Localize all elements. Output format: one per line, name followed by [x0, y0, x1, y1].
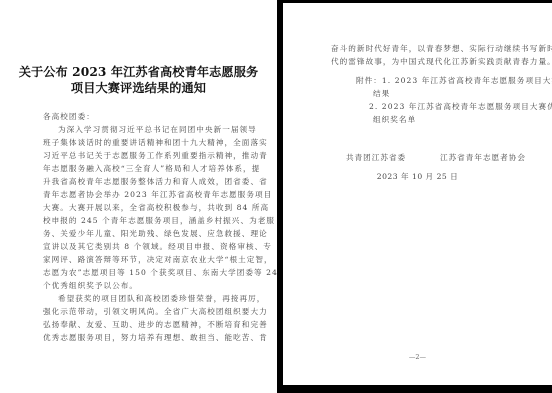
document-page-1: 关于公布 2023 年江苏省高校青年志愿服务 项目大赛评选结果的通知 各高校团委…	[0, 0, 277, 393]
body-line: 年志愿服务融入高校“三全育人”格局和人才培养体系，提	[43, 163, 260, 174]
body-line: 优秀志愿服务项目，努力培养有理想、敢担当、能吃苦、肯	[43, 332, 268, 343]
document-page-2-frame: 奋斗的新时代好青年，以青春梦想、实际行动继续书写新时 代的雷锋故事，为中国式现代…	[277, 0, 552, 393]
attachment-1-cont: 结果	[373, 88, 390, 99]
body-line: 代的雷锋故事，为中国式现代化江苏新实践贡献青春力量。	[331, 56, 552, 67]
body-line: 家网评、路演答辩等环节，决定对南京农业大学“根土定智，	[43, 254, 273, 265]
attachment-2-cont: 组织奖名单	[373, 114, 416, 125]
issue-date: 2023 年 10 月 25 日	[283, 171, 552, 182]
notice-title-line-2: 项目大赛评选结果的通知	[0, 79, 277, 96]
body-line: 宣讲以及其它类别共 8 个领域。经项目申报、资格审核、专	[43, 241, 272, 252]
body-line: 大赛。大赛开展以来，全省高校积极参与，共收到 84 所高	[43, 202, 269, 213]
body-line: 为深入学习贯彻习近平总书记在同团中央新一届领导	[58, 124, 257, 135]
salutation: 各高校团委：	[43, 111, 95, 122]
body-line: 升我省高校青年志愿服务整体活力和育人成效，团省委、省	[43, 176, 268, 187]
body-line: 青年志愿者协会举办 2023 年江苏省高校青年志愿服务项目	[43, 189, 272, 200]
body-line: 班子集体谈话时的重要讲话精神和团十九大精神，全面落实	[43, 137, 268, 148]
signer-volunteer-association: 江苏省青年志愿者协会	[440, 152, 526, 163]
body-line: 志愿为农”志愿项目等 150 个获奖项目、东南大学团委等 24	[43, 267, 278, 278]
notice-title-line-1: 关于公布 2023 年江苏省高校青年志愿服务	[0, 63, 277, 80]
signer-youth-league: 共青团江苏省委	[346, 152, 406, 163]
body-line: 务、关爱少年儿童、阳光助残、绿色发展、应急救援、理论	[43, 228, 268, 239]
attachment-2: 2. 2023 年江苏省高校青年志愿服务项目大赛优秀	[369, 101, 552, 112]
body-line: 弘扬奉献、友爱、互助、进步的志愿精神，不断培育和完善	[43, 319, 268, 330]
body-line: 希望获奖的项目团队和高校团委珍惜荣誉，再接再厉，	[58, 293, 265, 304]
attachment-1: 附件：1. 2023 年江苏省高校青年志愿服务项目大赛评选	[356, 75, 552, 86]
body-line: 奋斗的新时代好青年，以青春梦想、实际行动继续书写新时	[331, 43, 552, 54]
body-line: 习近平总书记关于志愿服务工作系列重要指示精神，推动青	[43, 150, 268, 161]
body-line: 强化示范带动，引领文明风尚。全省广大高校团组织要大力	[43, 306, 268, 317]
document-page-2: 奋斗的新时代好青年，以青春梦想、实际行动继续书写新时 代的雷锋故事，为中国式现代…	[283, 3, 552, 385]
page-number: —2—	[283, 353, 552, 361]
body-line: 校申报的 245 个青年志愿服务项目，涵盖乡村振兴、为老服	[43, 215, 275, 226]
body-line: 个优秀组织奖予以公布。	[43, 280, 138, 291]
